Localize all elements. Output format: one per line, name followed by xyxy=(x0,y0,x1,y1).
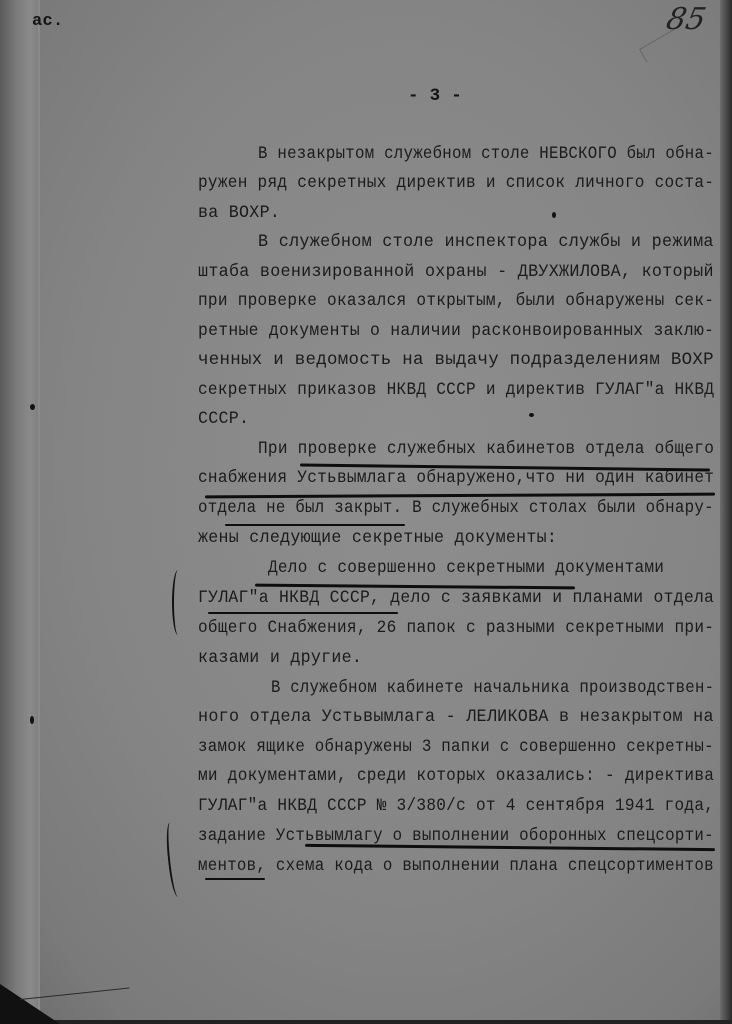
ink-speck xyxy=(552,212,556,218)
margin-bracket xyxy=(164,822,184,898)
left-binding-fold xyxy=(0,0,40,1024)
archive-mark: ас. xyxy=(32,13,64,30)
document-line: Дело с совершенно секретными документами xyxy=(268,560,664,578)
ink-speck xyxy=(529,413,534,417)
document-line: ного отдела Устьвымлага - ЛЕЛИКОВА в нез… xyxy=(198,709,714,727)
document-line: казами и другие. xyxy=(198,650,362,668)
document-line: замок ящике обнаружены 3 папки с соверше… xyxy=(198,739,714,757)
document-line: задание Устьвымлагу о выполнении оборонн… xyxy=(198,828,714,846)
document-line: штаба военизированной охраны - ДВУХЖИЛОВ… xyxy=(198,264,714,282)
document-line: снабжения Устьвымлага обнаружено,что ни … xyxy=(198,470,714,488)
margin-bracket xyxy=(172,570,184,635)
bottom-page-edge xyxy=(0,1020,732,1024)
pen-underline xyxy=(208,612,398,614)
document-page: ас. 85 - 3 - В незакрытом служебном стол… xyxy=(0,0,732,1024)
document-line: отдела не был закрыт. В служебных столах… xyxy=(198,500,714,518)
document-line: В служебном столе инспектора службы и ре… xyxy=(258,234,714,252)
document-line: при проверке оказался открытым, были обн… xyxy=(198,293,714,311)
pen-underline xyxy=(225,524,405,526)
document-line: ретные документы о наличии расконвоирова… xyxy=(198,323,714,341)
ink-speck xyxy=(30,716,34,724)
document-line: секретных приказов НКВД СССР и директив … xyxy=(198,382,714,400)
document-line: ружен ряд секретных директив и список ли… xyxy=(198,175,714,193)
document-line: При проверке служебных кабинетов отдела … xyxy=(258,441,714,459)
document-line: ми документами, среди которых оказались:… xyxy=(198,768,714,786)
document-line: В служебном кабинете начальника производ… xyxy=(271,680,714,698)
document-line: ва ВОХР. xyxy=(198,205,280,223)
page-number: - 3 - xyxy=(408,88,462,106)
document-line: ченных и ведомость на выдачу подразделен… xyxy=(198,352,714,370)
corner-fold xyxy=(0,984,60,1024)
folio-check-mark xyxy=(639,29,682,62)
document-line: жены следующие секретные документы: xyxy=(198,530,557,548)
document-line: В незакрытом служебном столе НЕВСКОГО бы… xyxy=(258,146,714,164)
document-line: СССР. xyxy=(198,411,249,429)
pen-underline xyxy=(205,878,265,880)
ink-speck xyxy=(30,404,35,410)
fold-crease xyxy=(38,0,40,1024)
document-line: ГУЛАГ"а НКВД СССР, дело с заявками и пла… xyxy=(198,590,714,608)
right-page-edge xyxy=(720,0,732,1024)
document-line: общего Снабжения, 26 папок с разными сек… xyxy=(198,620,714,638)
document-line: ментов, схема кода о выполнении плана сп… xyxy=(198,858,714,876)
document-line: ГУЛАГ"а НКВД СССР № 3/380/с от 4 сентябр… xyxy=(198,798,714,816)
